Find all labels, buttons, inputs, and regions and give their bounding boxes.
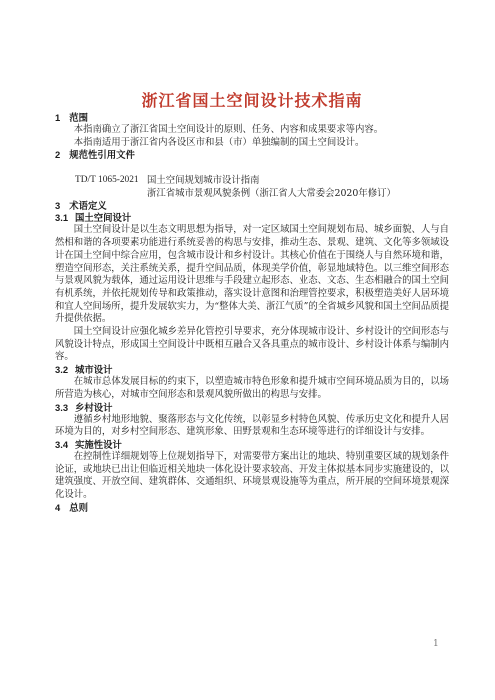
section-number: 4: [55, 502, 60, 513]
subsection-title: 国土空间设计: [75, 212, 131, 223]
reference-list: TD/T 1065-2021 国土空间规划城市设计指南 浙江省城市景观风貌条例（…: [75, 174, 449, 200]
reference-item: TD/T 1065-2021 国土空间规划城市设计指南: [75, 174, 449, 187]
paragraph: 本指南确立了浙江省国土空间设计的原则、任务、内容和成果要求等内容。: [55, 124, 449, 137]
section-number: 2: [55, 149, 60, 160]
reference-name: 国土空间规划城市设计指南: [147, 174, 449, 187]
paragraph: 遵循乡村地形地貌、聚落形态与文化传统，以彰显乡村特色风貌、传承历史文化和提升人居…: [55, 414, 449, 439]
section-title: 术语定义: [69, 200, 107, 211]
paragraph: 在控制性详细规划等上位规划指导下，对需要带方案出让的地块、特别重要区域的规划条件…: [55, 451, 449, 502]
section-heading-3: 3术语定义: [55, 200, 449, 212]
reference-item: 浙江省城市景观风貌条例（浙江省人大常委会2020年修订）: [75, 187, 449, 200]
subsection-number: 3.2: [55, 364, 68, 375]
reference-code: [75, 187, 147, 200]
section-heading-2: 2规范性引用文件: [55, 149, 449, 161]
subsection-heading-3-2: 3.2城市设计: [55, 364, 449, 376]
section-title: 规范性引用文件: [69, 149, 135, 160]
document-content: 浙江省国土空间设计技术指南 1范围 本指南确立了浙江省国土空间设计的原则、任务、…: [55, 0, 449, 514]
section-heading-4: 4总则: [55, 502, 449, 514]
subsection-number: 3.4: [55, 439, 68, 450]
subsection-title: 实施性设计: [75, 439, 122, 450]
section-number: 1: [55, 112, 60, 123]
document-title: 浙江省国土空间设计技术指南: [55, 92, 449, 112]
section-title: 范围: [69, 112, 88, 123]
subsection-number: 3.3: [55, 402, 68, 413]
section-number: 3: [55, 200, 60, 211]
paragraph: 在城市总体发展目标的约束下，以塑造城市特色形象和提升城市空间环境品质为目的，以场…: [55, 376, 449, 401]
reference-code: TD/T 1065-2021: [75, 174, 147, 187]
subsection-heading-3-4: 3.4实施性设计: [55, 439, 449, 451]
section-title: 总则: [69, 502, 88, 513]
section-heading-1: 1范围: [55, 112, 449, 124]
page-number: 1: [433, 639, 439, 649]
paragraph: 国土空间设计是以生态文明思想为指导，对一定区域国土空间规划布局、城乡面貌、人与自…: [55, 224, 449, 326]
subsection-number: 3.1: [55, 212, 68, 223]
document-page: 浙江省国土空间设计技术指南 1范围 本指南确立了浙江省国土空间设计的原则、任务、…: [0, 0, 495, 700]
subsection-title: 城市设计: [75, 364, 113, 375]
subsection-title: 乡村设计: [75, 402, 113, 413]
subsection-heading-3-1: 3.1国土空间设计: [55, 212, 449, 224]
paragraph: 国土空间设计应强化城乡差异化管控引导要求，充分体现城市设计、乡村设计的空间形态与…: [55, 326, 449, 364]
subsection-heading-3-3: 3.3乡村设计: [55, 402, 449, 414]
reference-name: 浙江省城市景观风貌条例（浙江省人大常委会2020年修订）: [147, 187, 449, 200]
paragraph: 本指南适用于浙江省内各设区市和县（市）单独编制的国土空间设计。: [55, 137, 449, 150]
